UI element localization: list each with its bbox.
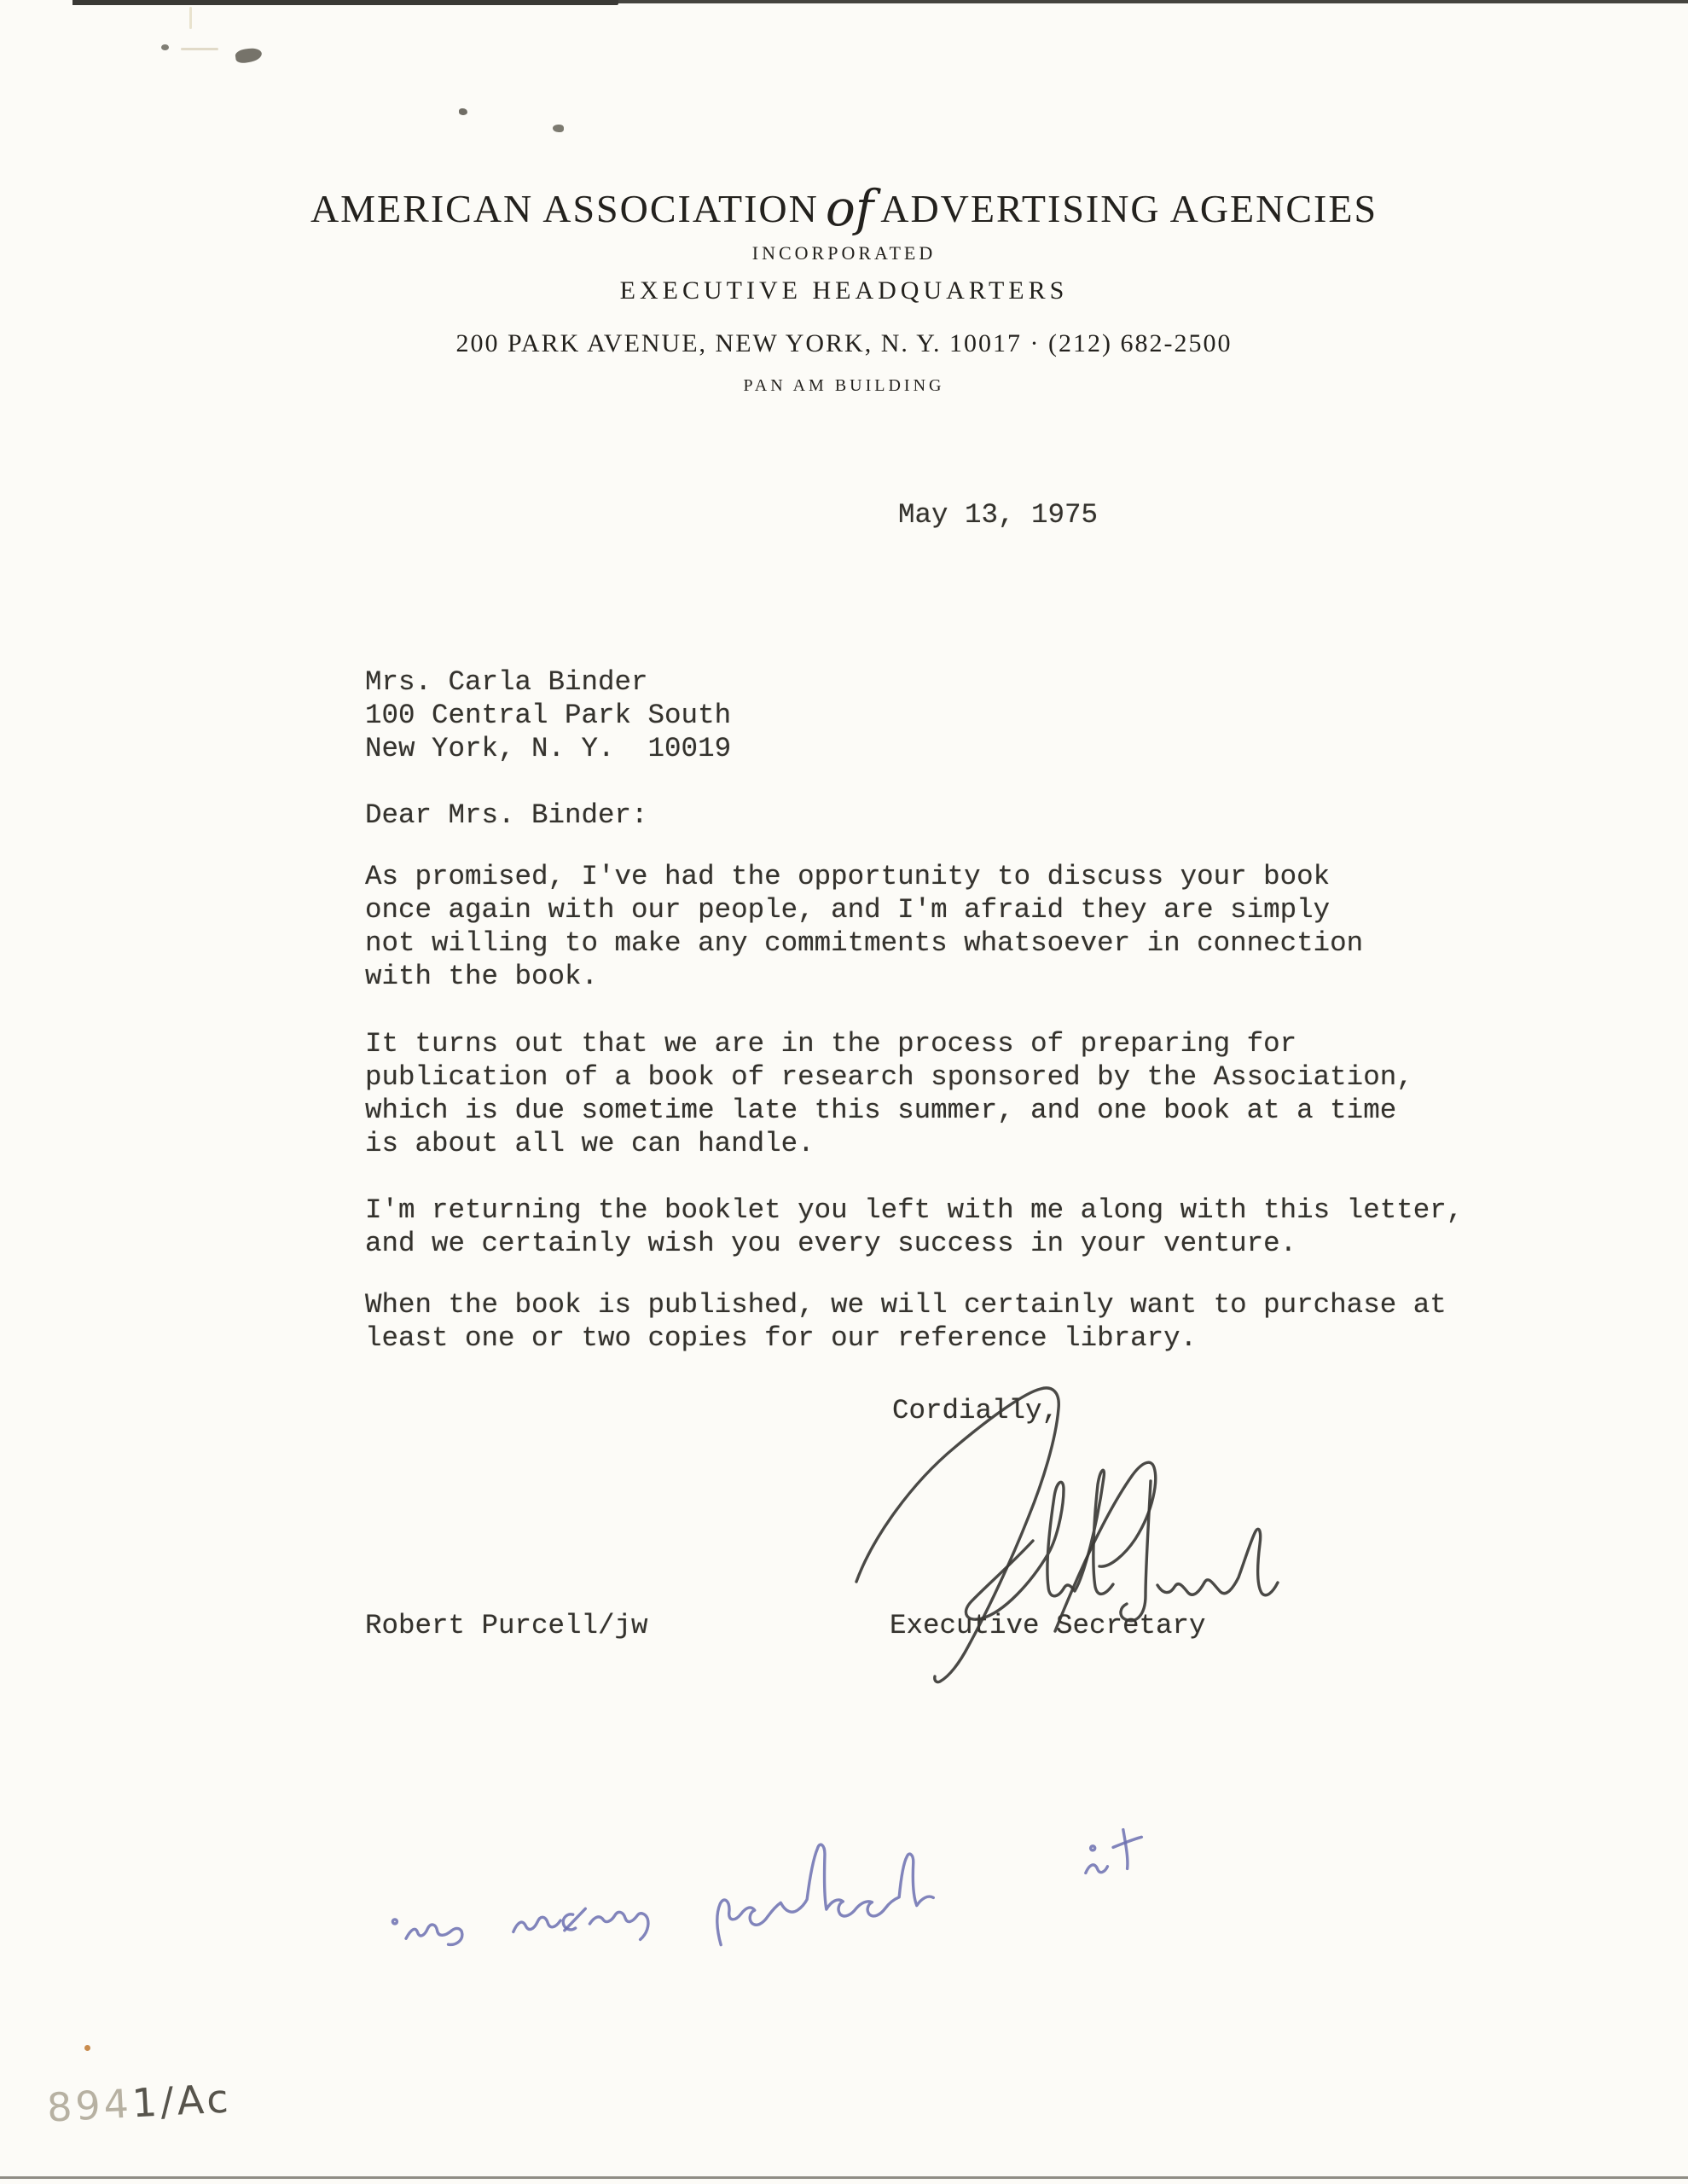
signature-stroke — [856, 1388, 1059, 1682]
org-name-right: ADVERTISING AGENCIES — [880, 187, 1378, 230]
note-stroke — [1123, 1829, 1128, 1868]
archive-code: 8941/Ac — [46, 2075, 233, 2130]
scan-speck — [553, 125, 564, 132]
recipient-address: Mrs. Carla Binder 100 Central Park South… — [365, 665, 731, 765]
archive-code-dark: 1/Ac — [131, 2075, 232, 2126]
typed-signature: Robert Purcell/jw — [365, 1609, 648, 1642]
note-stroke — [1091, 1846, 1095, 1850]
letter-date: May 13, 1975 — [898, 498, 1098, 531]
org-name-left: AMERICAN ASSOCIATION — [310, 187, 819, 230]
scan-edge-top-dark — [73, 0, 618, 5]
scan-speck — [84, 2045, 90, 2051]
body-paragraph: I'm returning the booklet you left with … — [365, 1194, 1463, 1260]
note-stroke — [589, 1910, 649, 1943]
note-stroke — [1112, 1837, 1142, 1847]
body-paragraph: When the book is published, we will cert… — [365, 1288, 1447, 1355]
scan-speck — [459, 108, 467, 115]
note-stroke — [392, 1920, 397, 1924]
note-stroke — [513, 1916, 561, 1931]
division-line: EXECUTIVE HEADQUARTERS — [0, 276, 1688, 305]
archive-code-faint: 894 — [46, 2080, 134, 2130]
body-paragraph: As promised, I've had the opportunity to… — [365, 860, 1363, 993]
org-name: AMERICAN ASSOCIATIONofADVERTISING AGENCI… — [0, 176, 1688, 234]
signature-stroke — [966, 1470, 1113, 1619]
scan-speck — [235, 47, 263, 64]
scan-speck — [181, 48, 218, 50]
signature-handwriting — [832, 1372, 1296, 1713]
scan-speck — [161, 44, 169, 50]
scan-speck — [189, 7, 192, 29]
note-stroke — [405, 1923, 462, 1948]
incorporated-line: INCORPORATED — [0, 242, 1688, 264]
address-line: 200 PARK AVENUE, NEW YORK, N. Y. 10017 ·… — [0, 329, 1688, 358]
scan-edge-bottom — [0, 2176, 1688, 2179]
org-name-of: of — [826, 179, 873, 237]
note-stroke — [713, 1838, 936, 1945]
handwritten-note — [362, 1807, 1169, 1975]
note-stroke — [1085, 1864, 1108, 1873]
building-line: PAN AM BUILDING — [0, 376, 1688, 396]
signature-stroke — [1157, 1529, 1278, 1595]
body-paragraph: It turns out that we are in the process … — [365, 1027, 1413, 1160]
letter-page: AMERICAN ASSOCIATIONofADVERTISING AGENCI… — [0, 0, 1688, 2184]
signature-stroke — [1055, 1462, 1156, 1631]
salutation: Dear Mrs. Binder: — [365, 799, 648, 832]
